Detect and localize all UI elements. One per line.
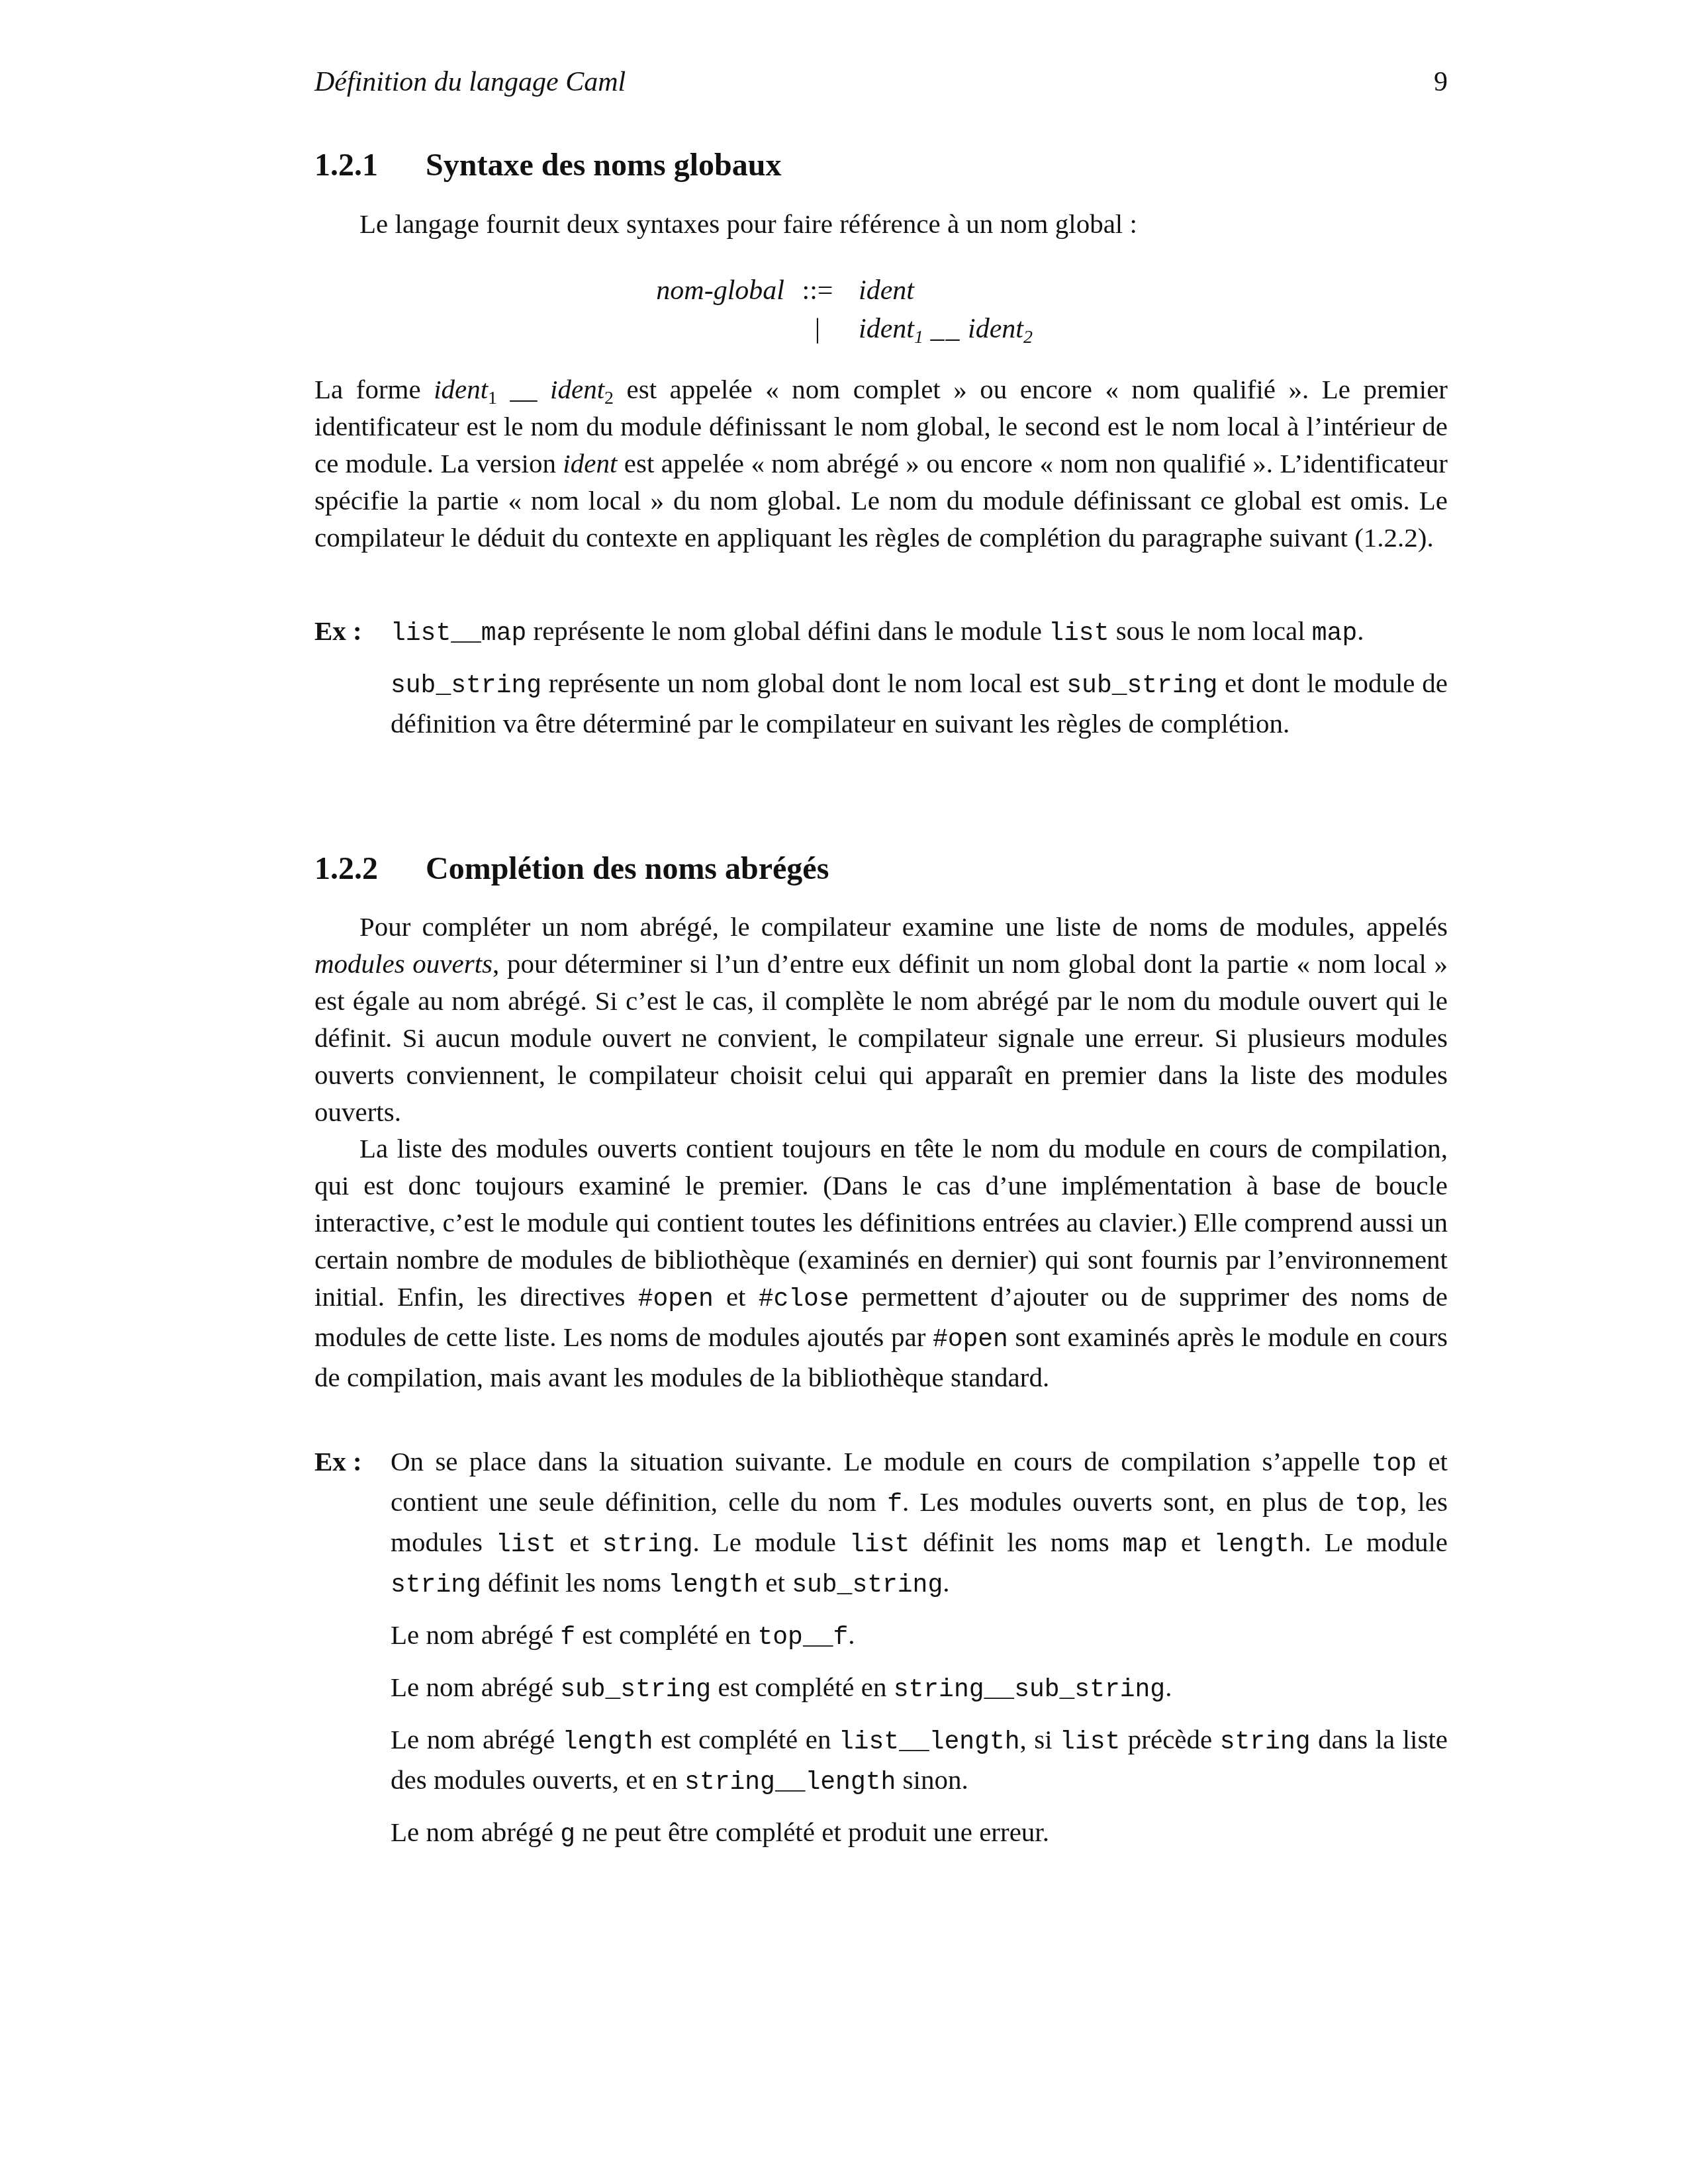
grammar-row-2: | ident1 __ ident2 xyxy=(645,310,1033,348)
section-number: 1.2.1 xyxy=(314,147,426,183)
example-item: Le nom abrégé f est complété en top__f. xyxy=(391,1616,1448,1657)
running-header: Définition du langage Caml 9 xyxy=(314,66,1448,106)
example-body: list__map représente le nom global défin… xyxy=(391,612,1448,742)
example-item: list__map représente le nom global défin… xyxy=(391,612,1448,653)
section-title: Complétion des noms abrégés xyxy=(426,851,829,886)
example-block-2: Ex : On se place dans la situation suiva… xyxy=(314,1443,1448,1866)
example-item: On se place dans la situation suivante. … xyxy=(391,1443,1448,1604)
grammar-row-1: nom-global ::= ident xyxy=(645,271,1033,310)
running-title: Définition du langage Caml xyxy=(314,66,626,98)
example-label: Ex : xyxy=(314,612,362,649)
section-heading-1-2-2: 1.2.2Complétion des noms abrégés xyxy=(314,850,829,887)
example-label: Ex : xyxy=(314,1443,362,1480)
example-item: Le nom abrégé sub_string est complété en… xyxy=(391,1668,1448,1709)
grammar-lhs: nom-global xyxy=(645,271,784,310)
example-item: sub_string représente un nom global dont… xyxy=(391,664,1448,742)
section-number: 1.2.2 xyxy=(314,850,426,887)
example-body: On se place dans la situation suivante. … xyxy=(391,1443,1448,1854)
section-1-paragraph: La forme ident1 __ ident2 est appelée « … xyxy=(314,371,1448,556)
section-heading-1-2-1: 1.2.1Syntaxe des noms globaux xyxy=(314,147,781,183)
section-2-paragraph-1: Pour compléter un nom abrégé, le compila… xyxy=(314,908,1448,1130)
grammar-operator: ::= xyxy=(784,271,851,310)
example-item: Le nom abrégé length est complété en lis… xyxy=(391,1721,1448,1801)
example-item: Le nom abrégé g ne peut être complété et… xyxy=(391,1813,1448,1854)
section-2-paragraph-2: La liste des modules ouverts contient to… xyxy=(314,1130,1448,1396)
section-intro: Le langage fournit deux syntaxes pour fa… xyxy=(314,205,1448,242)
page-number: 9 xyxy=(1434,66,1448,98)
grammar-alt-2: ident1 __ ident2 xyxy=(851,310,1033,348)
grammar-rule: nom-global ::= ident | ident1 __ ident2 xyxy=(645,271,1033,348)
example-block-1: Ex : list__map représente le nom global … xyxy=(314,612,1448,754)
grammar-alt-separator: | xyxy=(784,310,851,348)
grammar-alt-1: ident xyxy=(851,271,914,310)
section-title: Syntaxe des noms globaux xyxy=(426,148,781,183)
